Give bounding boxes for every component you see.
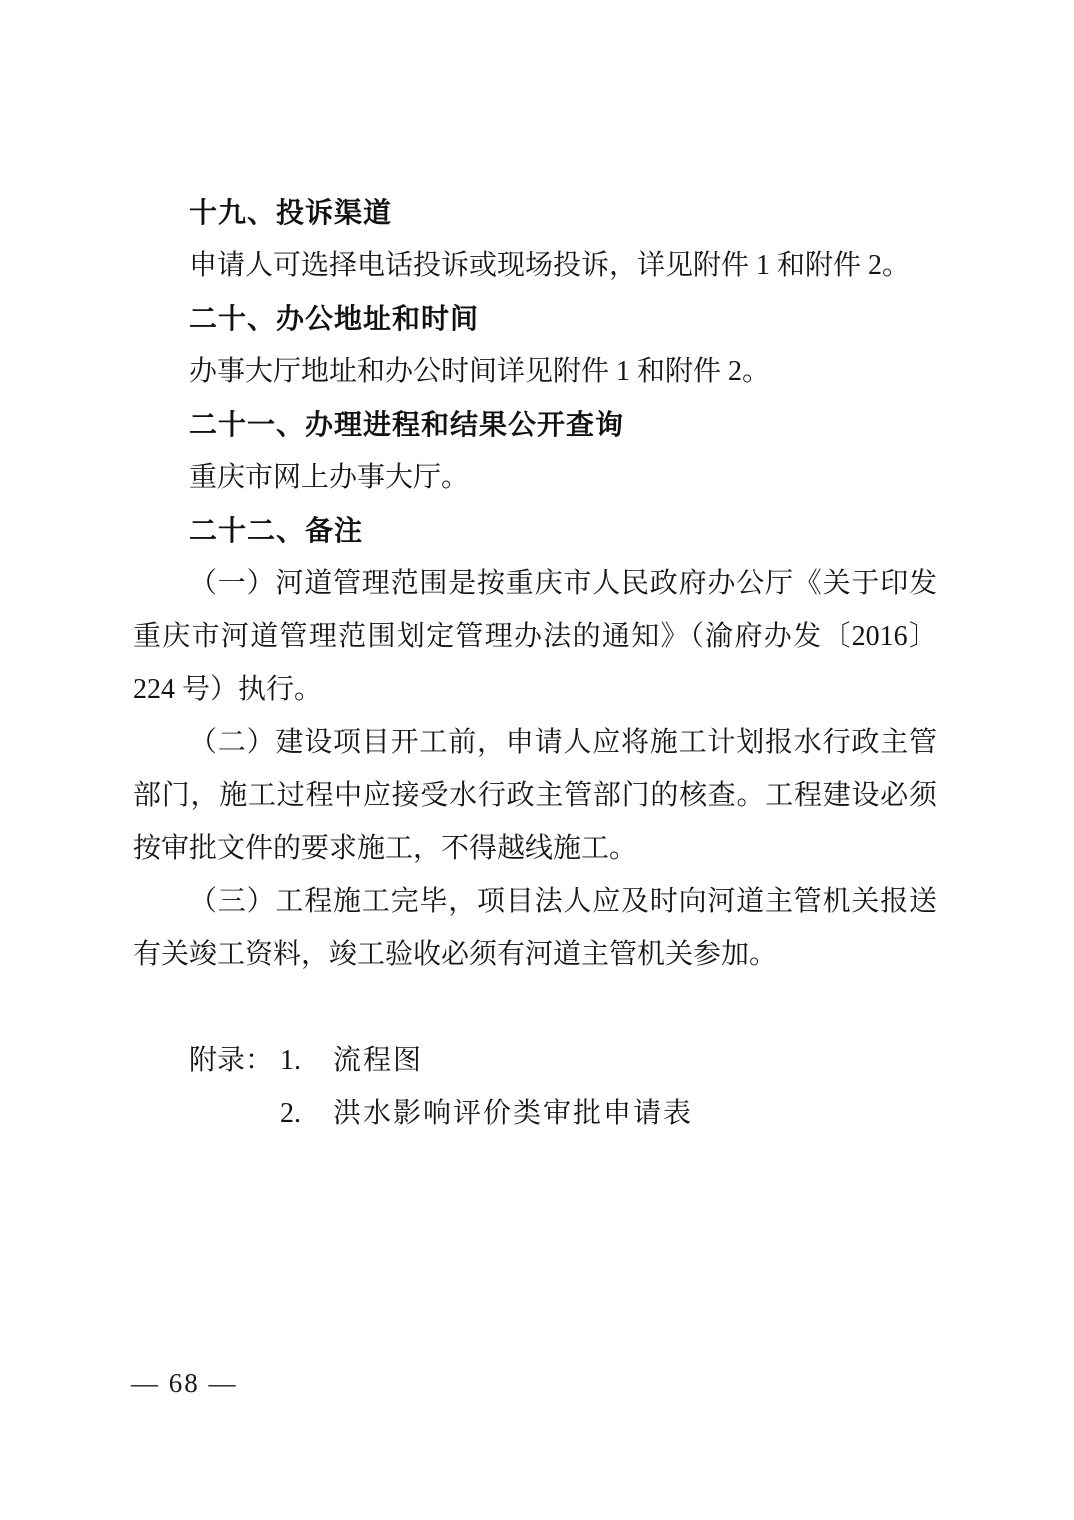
section-heading-19: 十九、投诉渠道 [133, 186, 937, 239]
paragraph-progress-query: 重庆市网上办事大厅。 [133, 451, 937, 504]
paragraph-office-address: 办事大厅地址和办公时间详见附件 1 和附件 2。 [133, 345, 937, 398]
section-heading-20: 二十、办公地址和时间 [133, 292, 937, 345]
appendix-row-2: 2. 洪水影响评价类审批申请表 [189, 1087, 937, 1140]
appendix-item-2-text: 洪水影响评价类审批申请表 [333, 1087, 693, 1140]
document-body: 十九、投诉渠道 申请人可选择电话投诉或现场投诉，详见附件 1 和附件 2。 二十… [133, 186, 937, 1140]
appendix-row-1: 附录： 1. 流程图 [189, 1034, 937, 1087]
appendix-block: 附录： 1. 流程图 2. 洪水影响评价类审批申请表 [133, 1034, 937, 1140]
page-number: — 68 — [131, 1359, 238, 1407]
appendix-label: 附录： [189, 1034, 273, 1087]
paragraph-note-1: （一）河道管理范围是按重庆市人民政府办公厅《关于印发重庆市河道管理范围划定管理办… [133, 557, 937, 716]
appendix-item-1-text: 流程图 [333, 1034, 423, 1087]
document-page: 十九、投诉渠道 申请人可选择电话投诉或现场投诉，详见附件 1 和附件 2。 二十… [0, 0, 1074, 1520]
blank-line [133, 981, 937, 1034]
section-heading-22: 二十二、备注 [133, 504, 937, 557]
paragraph-complaint-channels: 申请人可选择电话投诉或现场投诉，详见附件 1 和附件 2。 [133, 239, 937, 292]
paragraph-note-2: （二）建设项目开工前，申请人应将施工计划报水行政主管部门，施工过程中应接受水行政… [133, 716, 937, 875]
appendix-item-1-number: 1. [280, 1034, 326, 1087]
paragraph-note-3: （三）工程施工完毕，项目法人应及时向河道主管机关报送有关竣工资料，竣工验收必须有… [133, 875, 937, 981]
appendix-item-2-number: 2. [280, 1087, 326, 1140]
section-heading-21: 二十一、办理进程和结果公开查询 [133, 398, 937, 451]
